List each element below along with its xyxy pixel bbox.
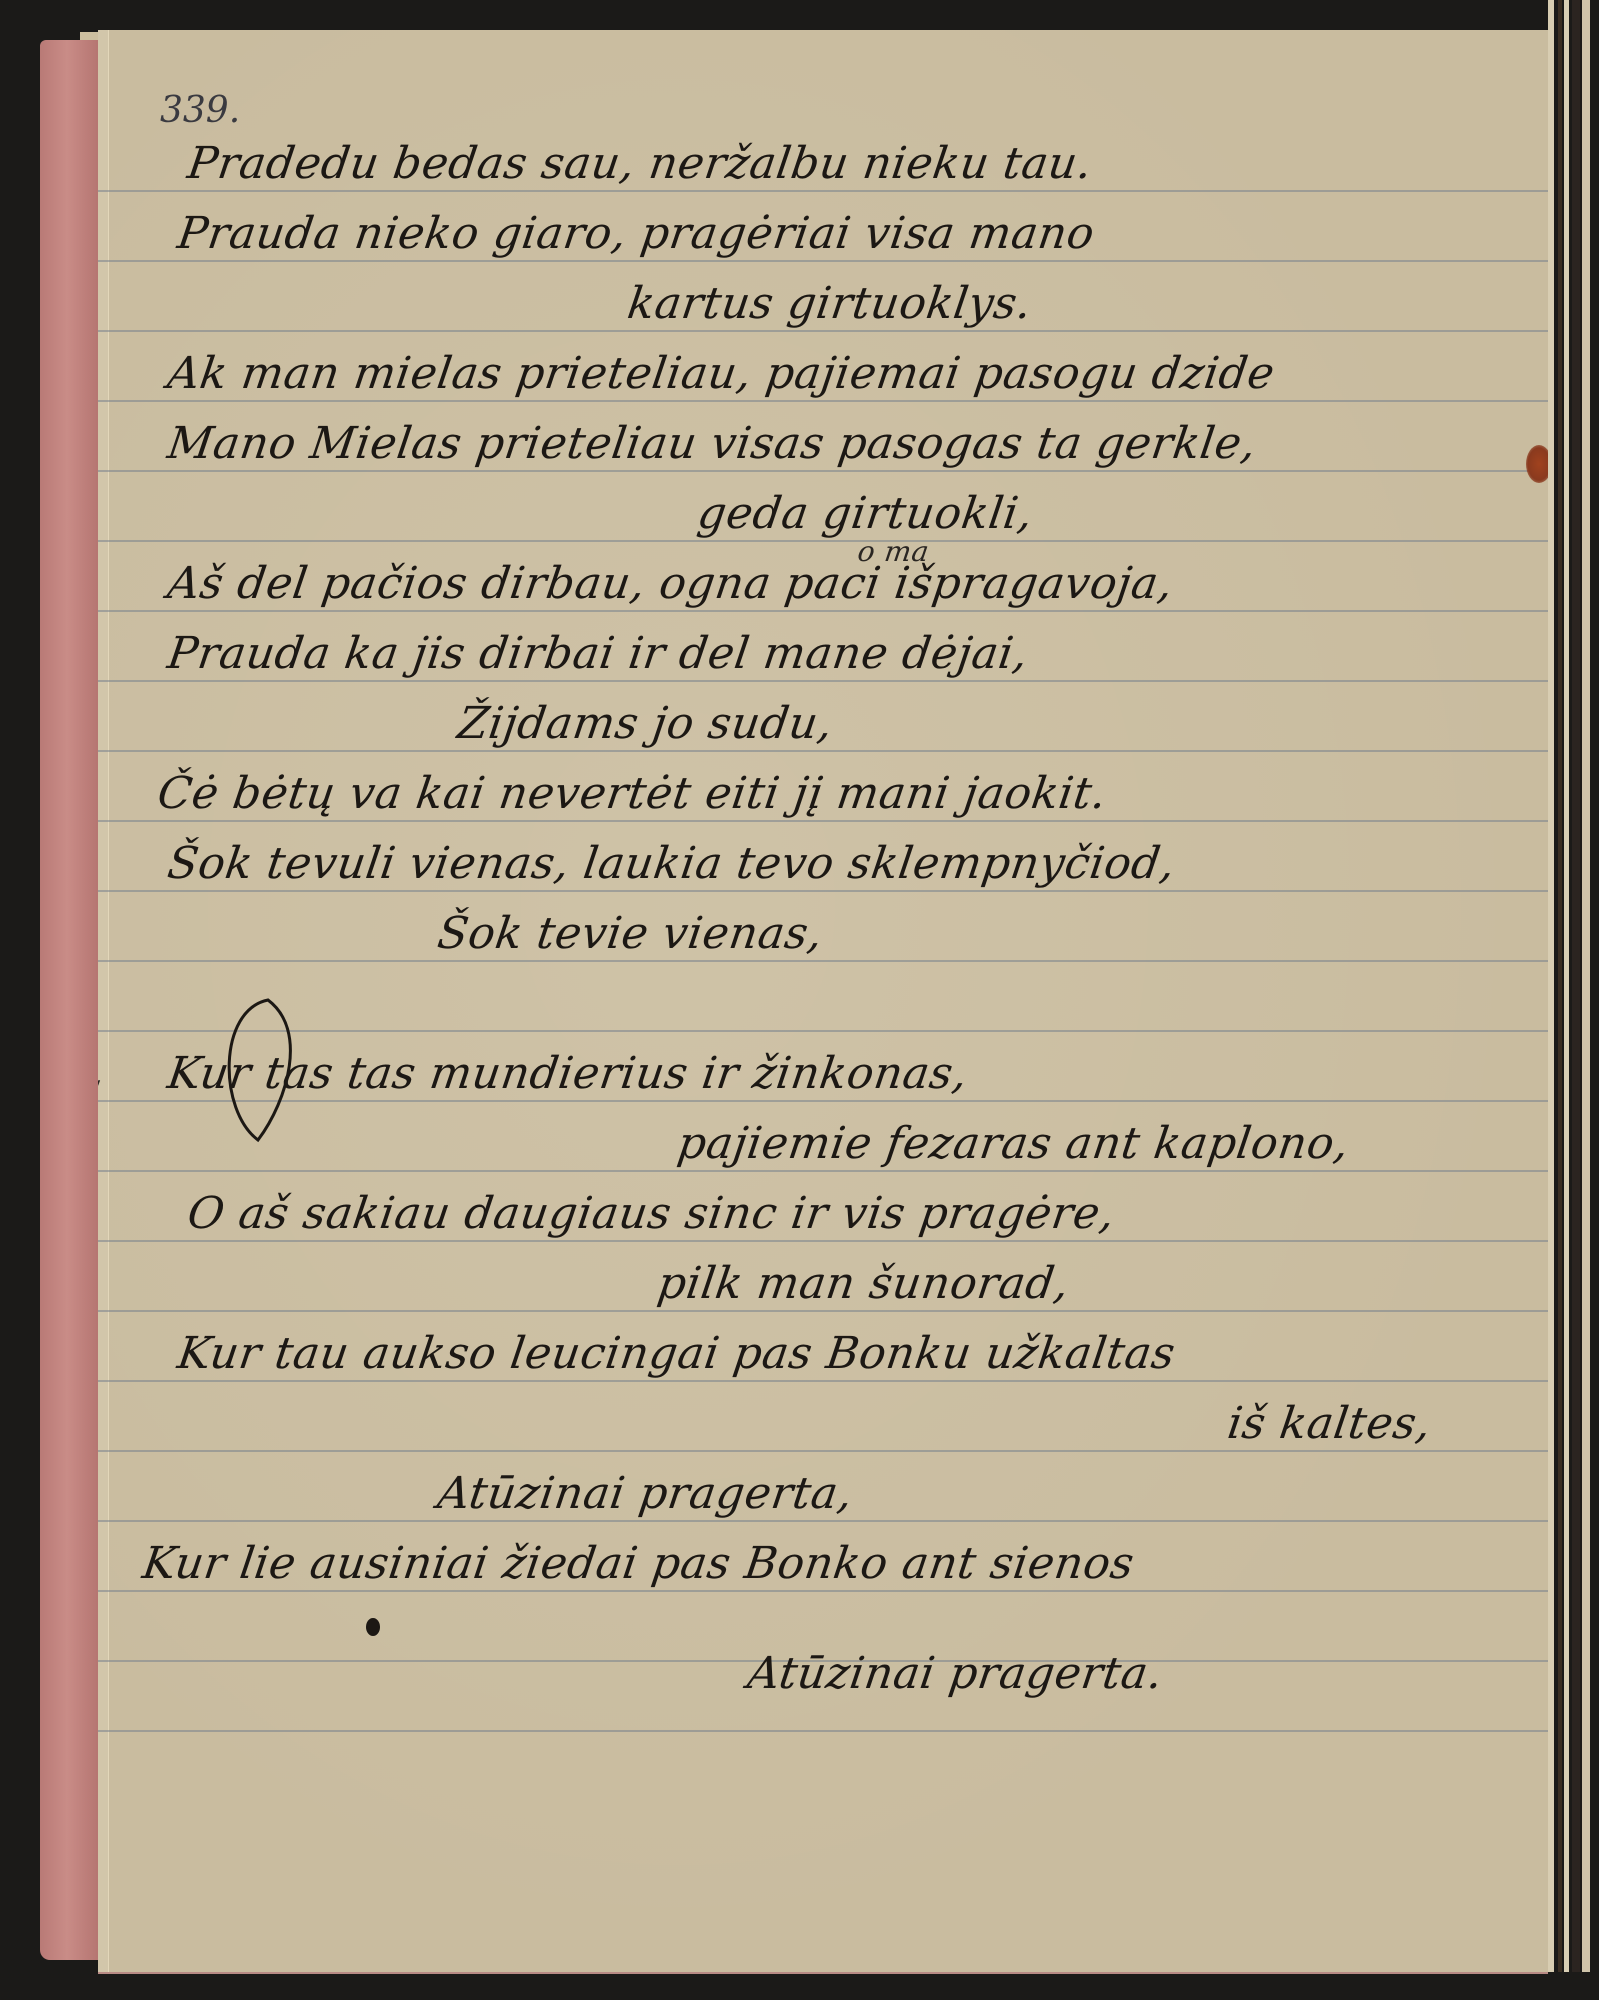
text-line-1: Pradedu bedas sau, neržalbu nieku tau. (184, 138, 1095, 189)
ruled-line (98, 1450, 1548, 1452)
ruled-line (98, 1310, 1548, 1312)
ruled-line (98, 890, 1548, 892)
text-line-9: Žijdams jo sudu, (454, 698, 836, 749)
ruled-line (98, 400, 1548, 402)
text-line-16: pilk man šunorad, (654, 1258, 1072, 1309)
ruled-line (98, 1590, 1548, 1592)
ruled-line (98, 1240, 1548, 1242)
ruled-line (98, 260, 1548, 262)
ruled-line (98, 1730, 1548, 1732)
flourish-loop-icon (198, 990, 318, 1170)
text-line-8: Prauda ka jis dirbai ir del mane dėjai, (164, 628, 1031, 679)
ruled-line (98, 960, 1548, 962)
text-line-20: Kur lie ausiniai žiedai pas Bonko ant si… (139, 1538, 1137, 1589)
text-line-3: kartus girtuoklys. (624, 278, 1035, 329)
notebook-page: 339. ( ꝟ Pradedu bedas sau, neržalbu nie… (98, 30, 1548, 1974)
text-line-18: iš kaltes, (1224, 1398, 1434, 1449)
text-line-6: geda girtuokli, (694, 488, 1036, 539)
ruled-line (98, 190, 1548, 192)
text-line-14: pajiemie fezaras ant kaplono, (674, 1118, 1352, 1169)
text-line-7: Aš del pačios dirbau, ogna paci išpragav… (164, 558, 1176, 609)
text-line-11: Šok tevuli vienas, laukia tevo sklempnyč… (164, 838, 1178, 889)
text-line-15: O aš sakiau daugiaus sinc ir vis pragėre… (184, 1188, 1118, 1239)
ruled-line (98, 820, 1548, 822)
ruled-line (98, 1380, 1548, 1382)
ruled-line (98, 470, 1548, 472)
spine-shadow (1572, 0, 1580, 1972)
page-number: 339. (160, 90, 240, 131)
text-line-17: Kur tau aukso leucingai pas Bonku užkalt… (174, 1328, 1178, 1379)
ruled-line (98, 1520, 1548, 1522)
ruled-line (98, 680, 1548, 682)
text-line-21: Atūzinai pragerta. (744, 1648, 1166, 1699)
ink-blot (366, 1618, 380, 1636)
text-line-19: Atūzinai pragerta, (434, 1468, 856, 1519)
ink-stain (1526, 445, 1548, 483)
page-edge (1548, 0, 1554, 1972)
page-margin-fold (98, 30, 109, 1972)
text-line-5: Mano Mielas prieteliau visas pasogas ta … (164, 418, 1259, 469)
margin-mark: ꝟ (98, 1070, 100, 1097)
text-line-2: Prauda nieko giaro, pragėriai visa mano (174, 208, 1097, 259)
page-edge (1582, 0, 1590, 1972)
text-line-4: Ak man mielas prieteliau, pajiemai pasog… (164, 348, 1278, 399)
ruled-line (98, 1170, 1548, 1172)
page-edge (1564, 0, 1569, 1972)
notebook-cover-edge (40, 40, 100, 1960)
text-line-10: Čė bėtų va kai nevertėt eiti jį mani jao… (154, 768, 1109, 819)
ruled-line (98, 750, 1548, 752)
text-line-12: Šok tevie vienas, (434, 908, 826, 959)
spine-shadow (1558, 0, 1562, 1972)
ruled-line (98, 540, 1548, 542)
ruled-line (98, 610, 1548, 612)
ruled-line (98, 330, 1548, 332)
